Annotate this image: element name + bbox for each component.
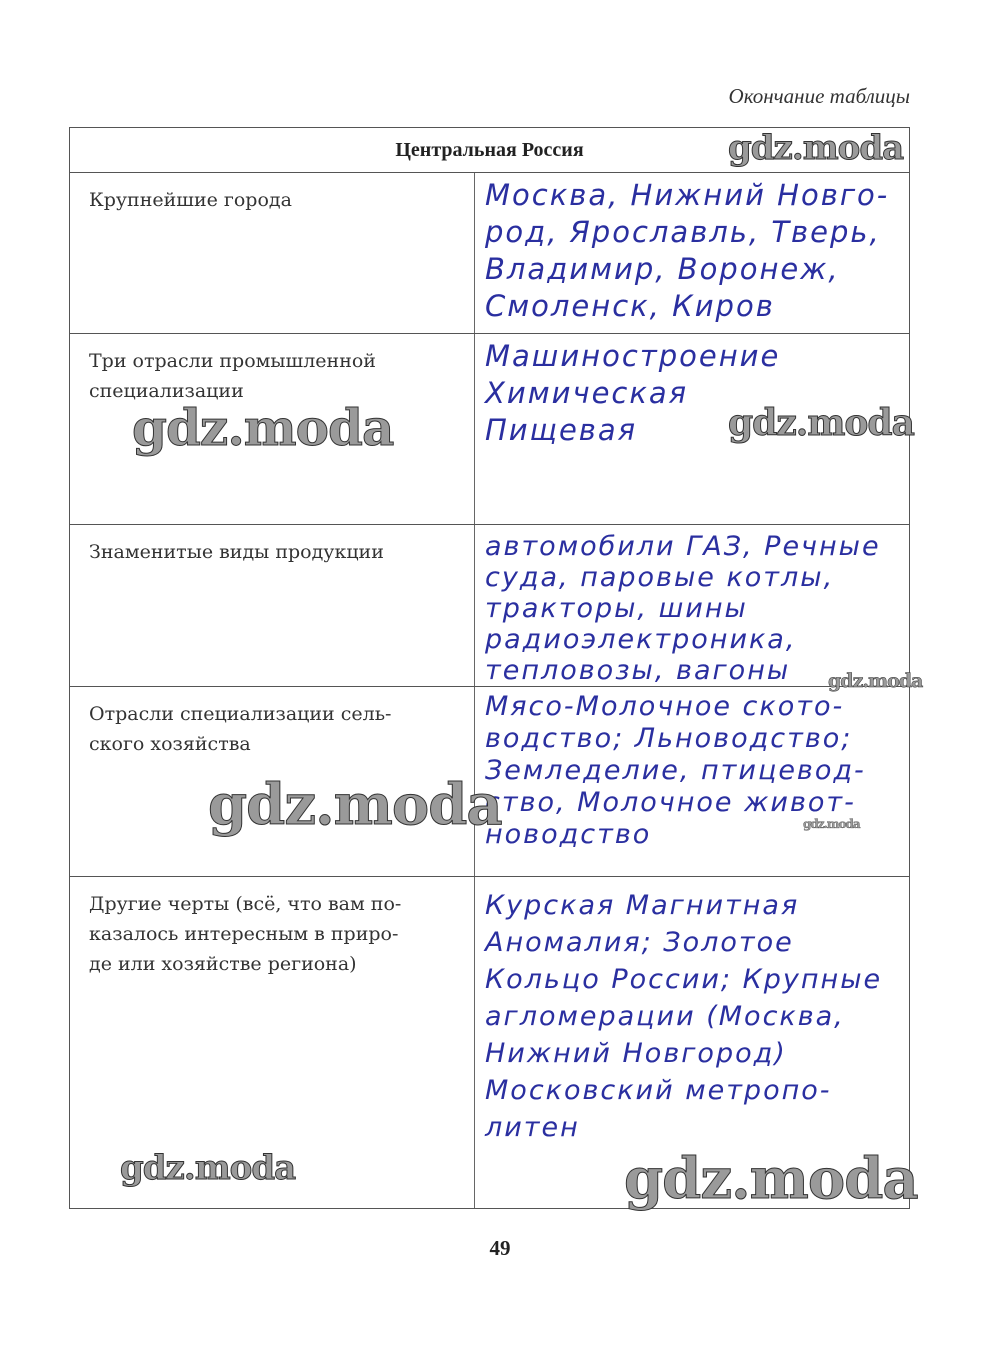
row-label: Знаменитые виды продукции	[70, 525, 475, 686]
watermark: gdz.moda	[828, 670, 922, 692]
handwritten-answer: Москва, Нижний Новго- род, Ярославль, Тв…	[475, 173, 909, 333]
table-row-famous-products: Знаменитые виды продукции автомобили ГАЗ…	[70, 525, 909, 687]
row-label: Крупнейшие города	[70, 173, 475, 333]
watermark: gdz.moda	[132, 398, 393, 457]
table-row-largest-cities: Крупнейшие города Москва, Нижний Новго- …	[70, 173, 909, 334]
table-continuation-caption: Окончание таблицы	[729, 84, 910, 109]
watermark: gdz.moda	[728, 128, 903, 168]
page-number: 49	[0, 1236, 1000, 1261]
handwritten-answer: Мясо-Молочное ското- водство; Льноводств…	[475, 687, 909, 876]
watermark: gdz.moda	[728, 402, 914, 444]
region-table: Центральная Россия Крупнейшие города Мос…	[69, 127, 910, 1209]
handwritten-answer: автомобили ГАЗ, Речные суда, паровые кот…	[475, 525, 909, 686]
watermark: gdz.moda	[208, 772, 502, 838]
watermark: gdz.moda	[803, 817, 860, 831]
watermark: gdz.moda	[120, 1148, 295, 1188]
watermark: gdz.moda	[624, 1146, 918, 1212]
